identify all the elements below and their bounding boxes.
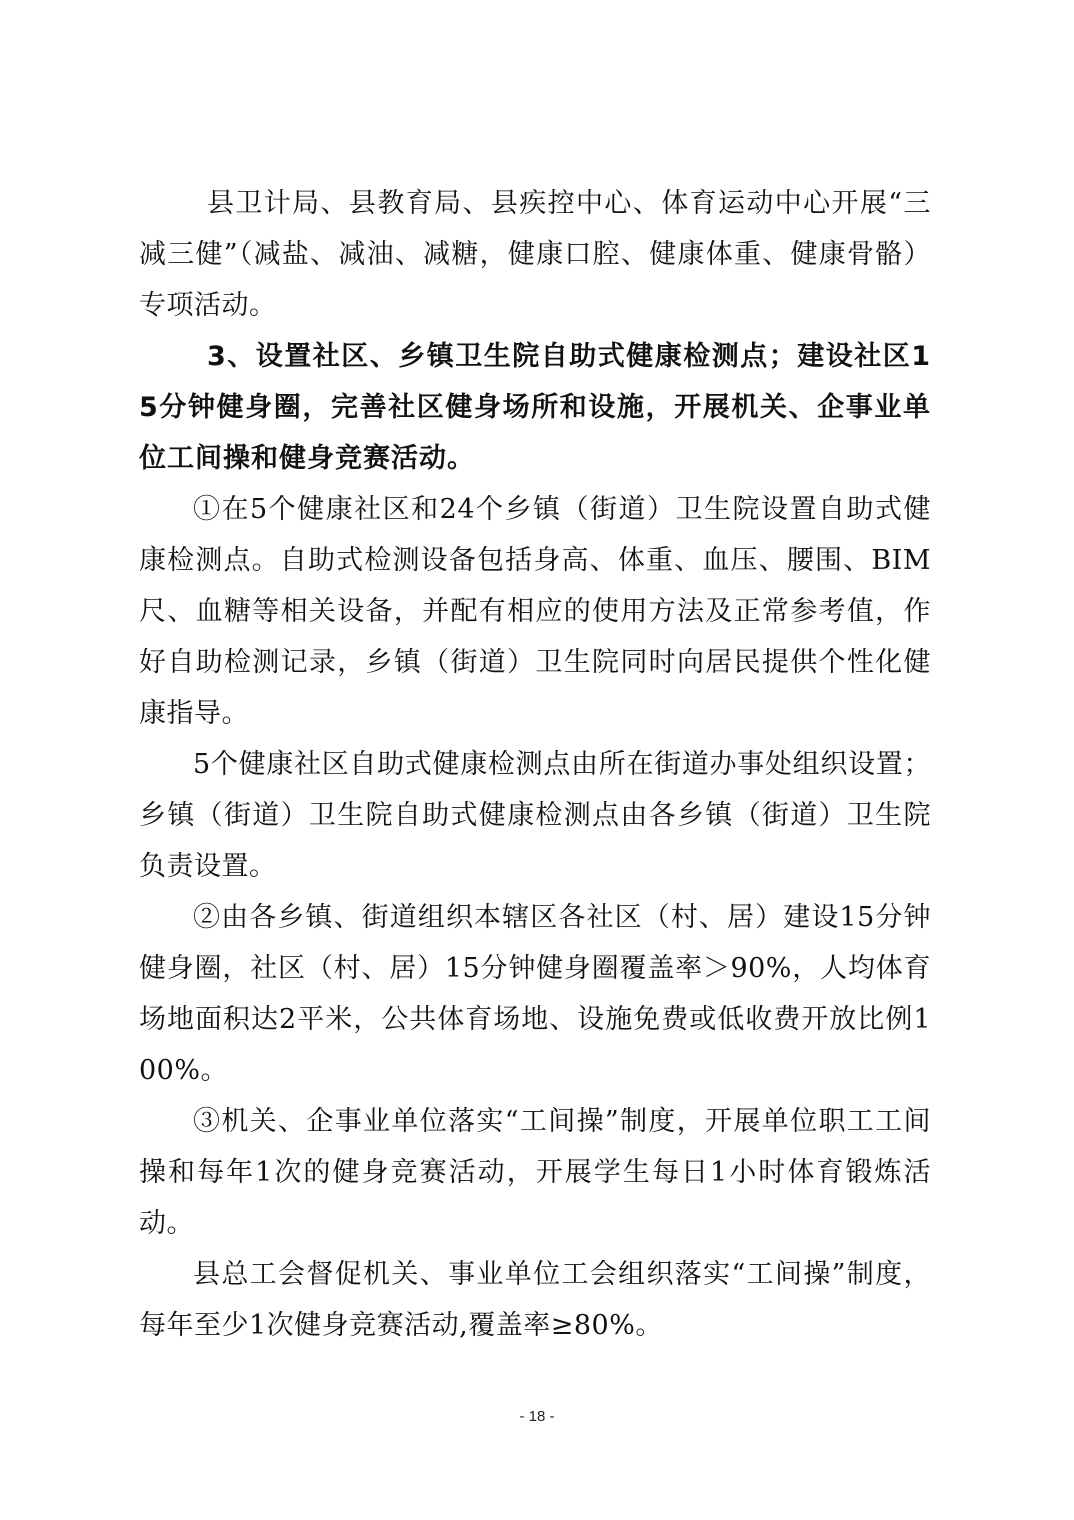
section-heading-3: 3、设置社区、乡镇卫生院自助式健康检测点；建设社区15分钟健身圈，完善社区健身场… bbox=[139, 331, 931, 484]
paragraph-item-2: ②由各乡镇、街道组织本辖区各社区（村、居）建设15分钟健身圈，社区（村、居）15… bbox=[139, 892, 931, 1096]
document-page: 县卫计局、县教育局、县疾控中心、体育运动中心开展“三减三健”（减盐、减油、减糖，… bbox=[139, 178, 931, 1351]
paragraph-item-3-responsibility: 县总工会督促机关、事业单位工会组织落实“工间操”制度，每年至少1次健身竞赛活动,… bbox=[139, 1249, 931, 1351]
paragraph-activity-three-reductions: 县卫计局、县教育局、县疾控中心、体育运动中心开展“三减三健”（减盐、减油、减糖，… bbox=[139, 178, 931, 331]
paragraph-item-1: ①在5个健康社区和24个乡镇（街道）卫生院设置自助式健康检测点。自助式检测设备包… bbox=[139, 484, 931, 739]
paragraph-item-1-responsibility: 5个健康社区自助式健康检测点由所在街道办事处组织设置；乡镇（街道）卫生院自助式健… bbox=[139, 739, 931, 892]
page-number: - 18 - bbox=[0, 1408, 1074, 1425]
paragraph-item-3: ③机关、企事业单位落实“工间操”制度，开展单位职工工间操和每年1次的健身竞赛活动… bbox=[139, 1096, 931, 1249]
